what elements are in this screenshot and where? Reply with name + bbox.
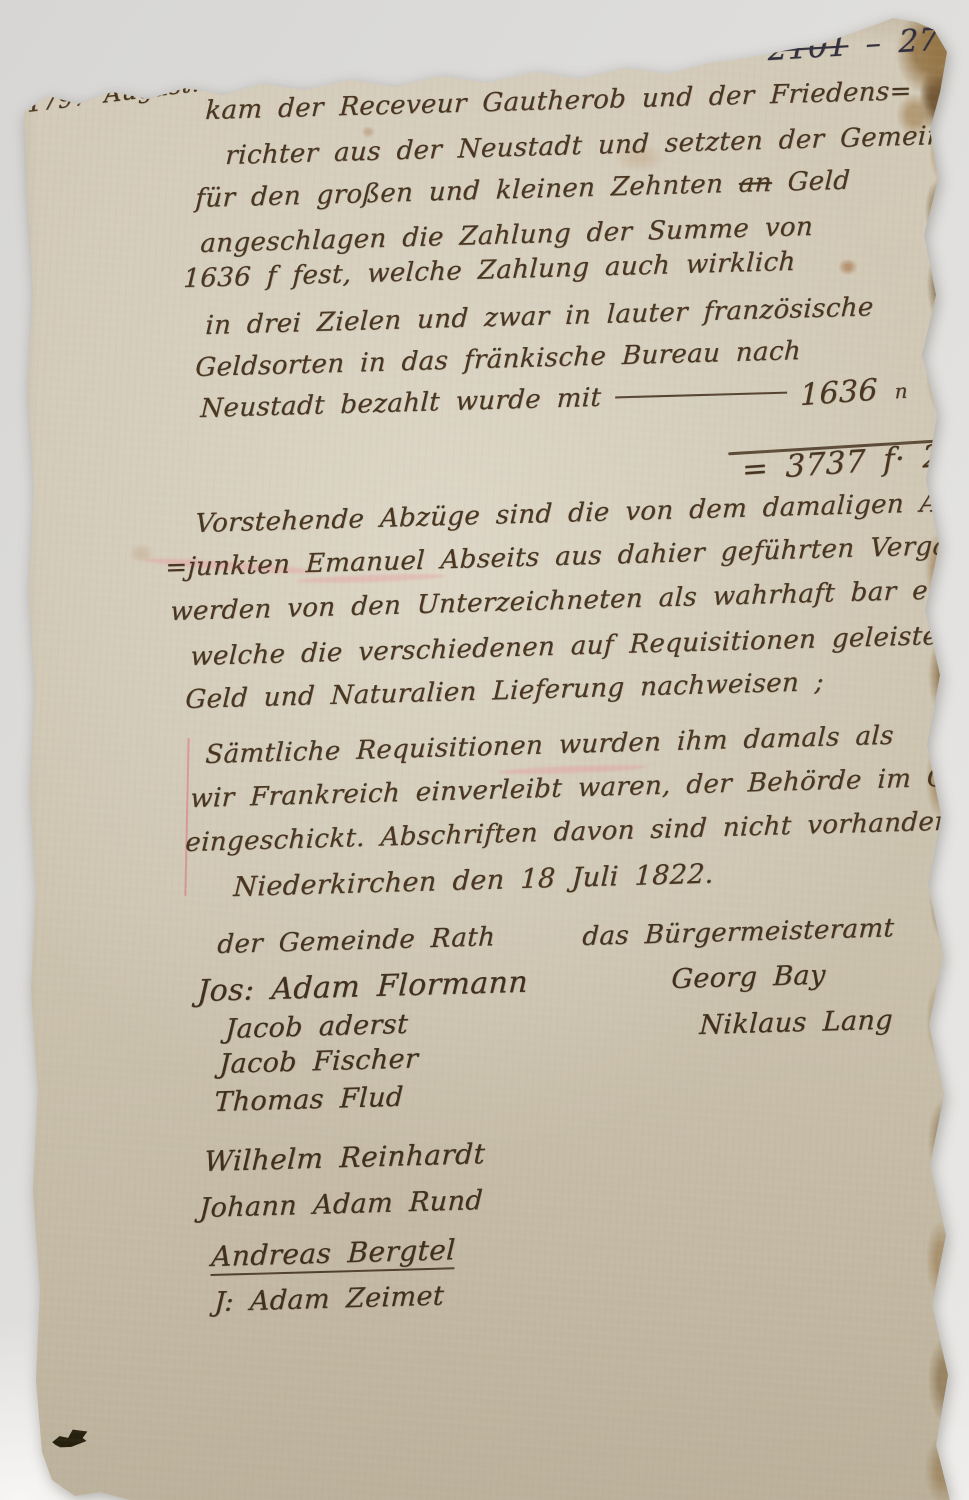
paper-sheet: 2101 – 27 1797 August. 9. kam der Receve…	[0, 0, 969, 1500]
body-line: richter aus der Neustadt und setzten der…	[225, 120, 969, 171]
signature: Jos: Adam Flormann	[197, 965, 529, 1009]
dateline: Niederkirchen den 18 Juli 1822.	[233, 859, 715, 903]
folio-struck-number: 2101	[768, 27, 849, 68]
amount-unit: n	[895, 378, 908, 403]
paper-surface: 2101 – 27 1797 August. 9. kam der Receve…	[0, 0, 969, 1500]
folio-value: 27	[898, 22, 938, 61]
body-line: Geld und Naturalien Lieferung nachweisen…	[185, 667, 825, 715]
signature: Jacob aderst	[225, 1009, 409, 1045]
signature: Jacob Fischer	[219, 1043, 419, 1080]
signature-heading-left: der Gemeinde Rath	[217, 922, 496, 960]
body-line-prefix: für den großen und kleinen Zehnten	[195, 169, 724, 214]
deckle-edge-right	[911, 0, 969, 1500]
body-line-suffix: Geld	[787, 166, 851, 198]
signature: Wilhelm Reinhardt	[204, 1137, 486, 1178]
body-line: für den großen und kleinen Zehnten an Ge…	[195, 166, 851, 214]
signature: Andreas Bergtel	[210, 1233, 456, 1276]
body-line: eingeschickt. Abschriften davon sind nic…	[185, 806, 961, 858]
body-line: Vorstehende Abzüge sind die von dem dama…	[195, 487, 969, 539]
body-line: kam der Receveur Gautherob und der Fried…	[205, 76, 913, 126]
signature: J: Adam Zeimet	[214, 1281, 445, 1318]
pink-margin-line	[184, 738, 189, 896]
amount-value: 1636	[800, 373, 878, 414]
body-line: Neustadt bezahlt wurde mit	[200, 378, 788, 424]
body-line: Sämtliche Requisitionen wurden ihm damal…	[205, 721, 895, 770]
body-line: in drei Zielen und zwar in lauter franzö…	[205, 292, 875, 341]
scanned-document: 2101 – 27 1797 August. 9. kam der Receve…	[0, 0, 969, 1500]
signature: Niklaus Lang	[699, 1005, 894, 1041]
signature: Georg Bay	[671, 960, 827, 995]
filler-dash	[615, 392, 787, 399]
ink-blot	[51, 1428, 89, 1449]
folio-dash: –	[865, 25, 881, 62]
body-line-text: Neustadt bezahlt wurde mit	[200, 383, 602, 424]
signature: Johann Adam Rund	[199, 1185, 484, 1224]
total-sum: = 3737 f· 27	[742, 437, 962, 489]
body-line: werden von den Unterzeichneten als wahrh…	[170, 573, 969, 627]
signature-heading-right: das Bürgermeisteramt	[582, 913, 895, 952]
signature: Thomas Flud	[214, 1082, 404, 1118]
amount-1636: 1636 n	[800, 370, 908, 413]
body-line: welche die verschiedenen auf Requisition…	[190, 620, 966, 672]
body-line: Geldsorten in das fränkische Bureau nach	[195, 336, 802, 383]
struck-word: an	[738, 168, 772, 199]
